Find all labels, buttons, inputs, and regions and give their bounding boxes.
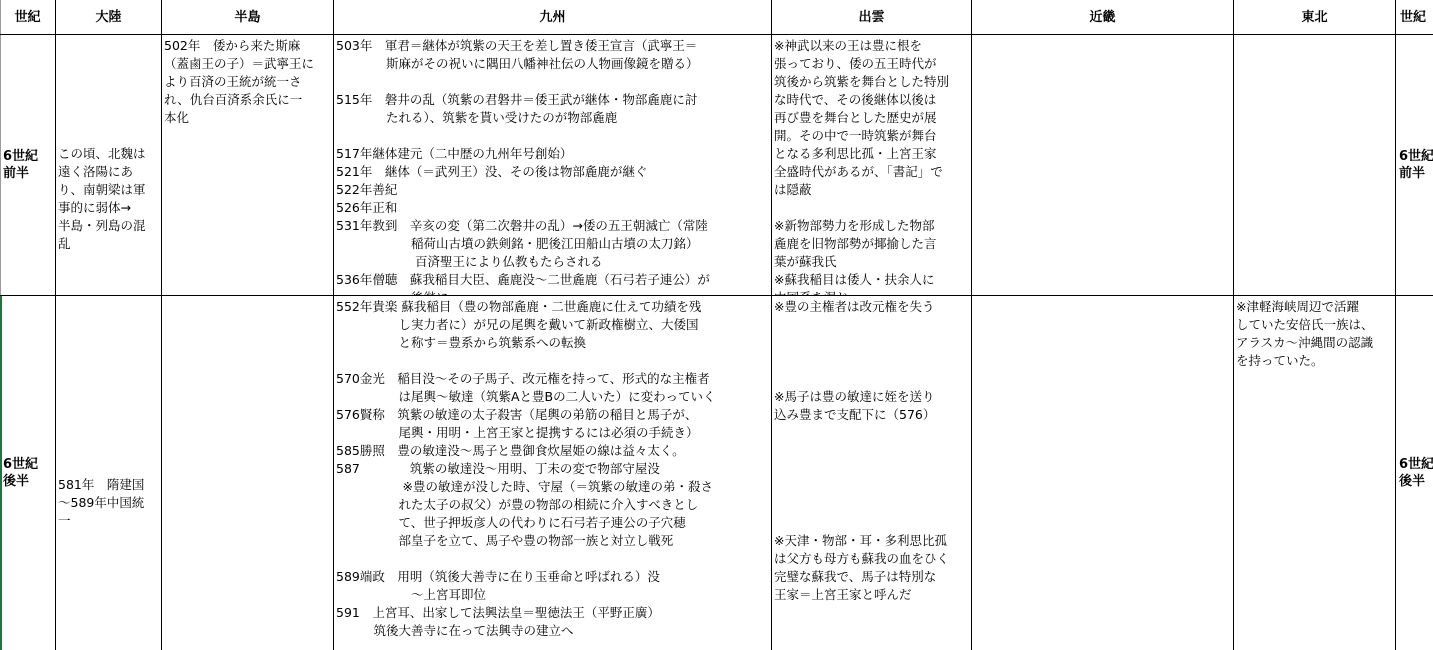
cell-kinki-late[interactable]: [972, 296, 1234, 650]
cell-century-right-late[interactable]: 6世紀 後半: [1396, 296, 1433, 650]
cell-peninsula-late[interactable]: [162, 296, 334, 650]
cell-century-early[interactable]: 6世紀 前半: [0, 35, 56, 296]
header-kinki[interactable]: 近畿: [972, 0, 1234, 35]
cell-izumo-early[interactable]: ※神武以来の王は豊に根を 張っており、倭の五王時代が 筑後から筑紫を舞台とした特…: [772, 35, 972, 296]
cell-peninsula-early[interactable]: 502年 倭から来た斯麻 （蓋鹵王の子）＝武寧王に より百済の王統が統一さ れ、…: [162, 35, 334, 296]
header-continent[interactable]: 大陸: [56, 0, 162, 35]
cell-century-right-early[interactable]: 6世紀 前半: [1396, 35, 1433, 296]
cell-tohoku-early[interactable]: [1234, 35, 1396, 296]
cell-kyushu-early[interactable]: 503年 軍君＝継体が筑紫の天王を差し置き倭王宣言（武寧王＝ 斯麻がその祝いに隅…: [334, 35, 772, 296]
header-tohoku[interactable]: 東北: [1234, 0, 1396, 35]
cell-izumo-late[interactable]: ※豊の主権者は改元権を失う ※馬子は豊の敏達に姪を送り 込み豊まで支配下に（57…: [772, 296, 972, 650]
spreadsheet-grid: 世紀 大陸 半島 九州 出雲 近畿 東北 世紀 6世紀 前半 この頃、北魏は 遠…: [0, 0, 1433, 650]
cell-kyushu-late[interactable]: 552年貴楽 蘇我稲目（豊の物部麁鹿・二世麁鹿に仕えて功績を残 し実力者に）が兄…: [334, 296, 772, 650]
header-century[interactable]: 世紀: [0, 0, 56, 35]
cell-continent-late[interactable]: 581年 隋建国 ～589年中国統 一: [56, 296, 162, 650]
header-peninsula[interactable]: 半島: [162, 0, 334, 35]
cell-kinki-early[interactable]: [972, 35, 1234, 296]
cell-continent-early[interactable]: この頃、北魏は 遠く洛陽にあ り、南朝梁は軍 事的に弱体→ 半島・列島の混 乱: [56, 35, 162, 296]
cell-century-late[interactable]: 6世紀 後半: [0, 296, 56, 650]
header-izumo[interactable]: 出雲: [772, 0, 972, 35]
cell-tohoku-late[interactable]: ※津軽海峡周辺で活躍 していた安倍氏一族は、 アラスカ～沖縄間の認識 を持ってい…: [1234, 296, 1396, 650]
header-century-right[interactable]: 世紀: [1396, 0, 1433, 35]
header-kyushu[interactable]: 九州: [334, 0, 772, 35]
